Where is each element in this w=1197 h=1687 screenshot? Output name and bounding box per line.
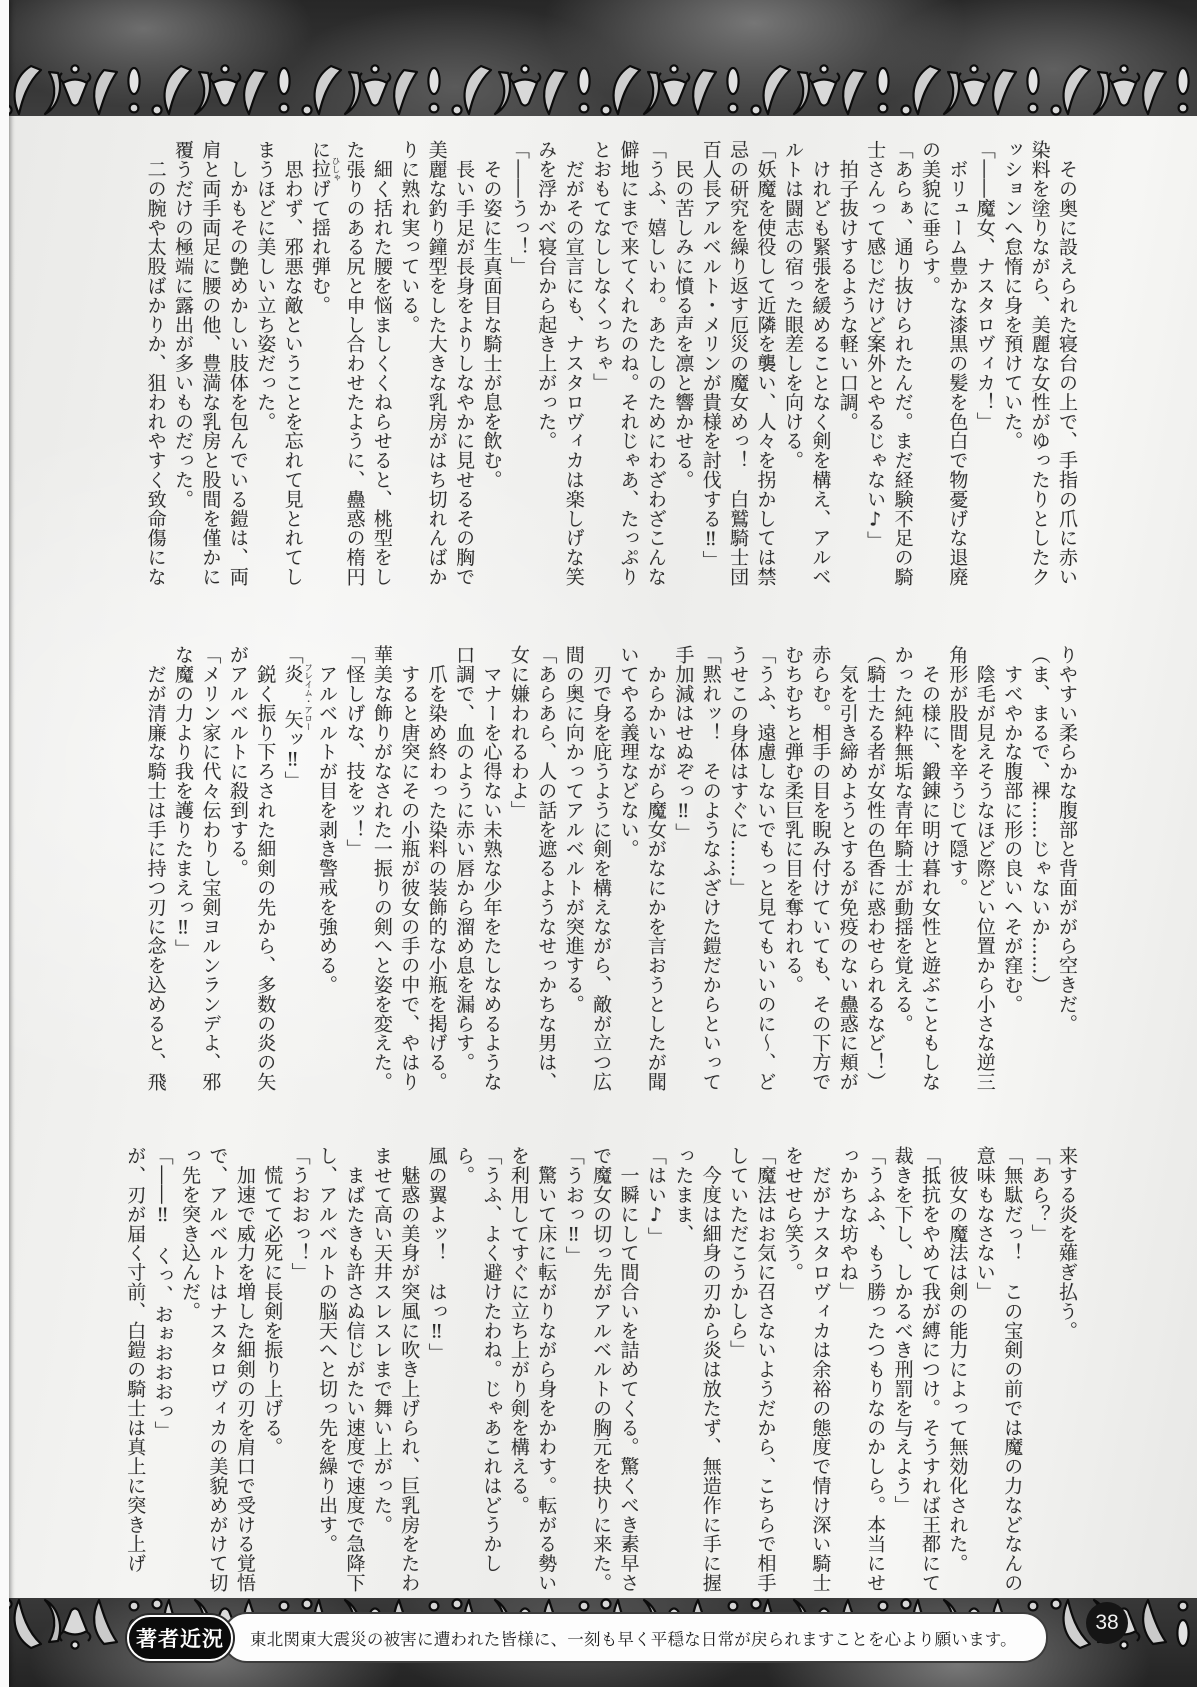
- text-column: 忌の研究を繰り返す厄災の魔女めっ！ 白鷲騎士団: [724, 140, 751, 592]
- text-column: 「――うっ！」: [504, 140, 531, 592]
- text-column: まばたきも許さぬ信じがたい速度で速度で急降下: [340, 1146, 367, 1598]
- text-column: 意味もなさない」: [970, 1146, 997, 1598]
- text-column: で、アルベルトはナスタロヴィカの美貌めがけて切: [203, 1146, 230, 1598]
- fleur-crescent-ornament-icon: [899, 61, 1047, 116]
- text-column: 「黙れッ！ そのようなふざけた鎧だからといって: [696, 645, 723, 1097]
- text-column: 加速で威力を増した細剣の刃を肩口で受ける覚悟: [230, 1146, 257, 1598]
- text-column: その様に、鍛錬に明け暮れ女性と遊ぶこともしな: [916, 645, 943, 1097]
- author-status-message: 東北関東大震災の被害に遭われた皆様に、一刻も早く平穏な日常が戻られますことを心よ…: [224, 1626, 1017, 1650]
- text-column: 「メリン家に代々伝わりし宝剣ヨルンランデよ、邪: [196, 645, 223, 1097]
- text-column: た張りのある尻と申し合わせたように、蠱惑の楕円: [340, 140, 367, 592]
- fleur-crescent-ornament-icon: [300, 61, 448, 116]
- text-column: 「うおっ‼」: [559, 1146, 586, 1598]
- text-column: （ま、まるで、裸……じゃないか……）: [1025, 645, 1052, 1097]
- text-column: がアルベルトに殺到する。: [223, 645, 250, 1097]
- fleur-crescent-ornament-icon: [599, 61, 747, 116]
- text-column: 気を引き締めようとするが免疫のない蠱惑に頬が: [833, 645, 860, 1097]
- text-column: ボリューム豊かな漆黒の髪を色白で物憂げな退廃: [943, 140, 970, 592]
- text-column: に拉ひしゃげて揺れ弾む。: [306, 140, 340, 592]
- text-column: の美貌に垂らす。: [916, 140, 943, 592]
- top-ornament-row: [0, 61, 1197, 116]
- text-column: 覆うだけの極端に露出が多いものだった。: [169, 140, 196, 592]
- text-block-bottom: 来する炎を薙ぎ払う。「あら？」「無駄だっ！ この宝剣の前では魔の力などなんの意味…: [121, 1146, 1080, 1598]
- text-column: うせこの身体はすぐに……」: [724, 645, 751, 1097]
- text-column: 「うふふ、もう勝ったつもりなのかしら。本当にせ: [861, 1146, 888, 1598]
- text-column: 「はい♪」: [642, 1146, 669, 1598]
- text-column: けれども緊張を緩めることなく剣を構え、アルベ: [806, 140, 833, 592]
- text-column: ッションへ怠惰に身を預けていた。: [998, 140, 1025, 592]
- text-column: 「魔法はお気に召さないようだから、こちらで相手: [751, 1146, 778, 1598]
- top-ornament-band: [0, 0, 1197, 116]
- text-column: をせせら笑う。: [779, 1146, 806, 1598]
- text-column: りに熟れ実っている。: [395, 140, 422, 592]
- author-status-label: 著者近況: [127, 1615, 233, 1661]
- text-column: 美麗な釣り鐘型をした大きな乳房がはち切れんばか: [422, 140, 449, 592]
- text-column: みを浮かべ寝台から起き上がった。: [532, 140, 559, 592]
- text-column: で魔女の切っ先がアルベルトの胸元を抉りに来た。: [587, 1146, 614, 1598]
- text-column: 「怪しげな、技をッ！」: [340, 645, 367, 1097]
- text-column: とおもてなししなくっちゃ」: [587, 140, 614, 592]
- text-column: 士さんって感じだけど案外とやるじゃない♪」: [861, 140, 888, 592]
- fleur-crescent-ornament-icon: [1049, 61, 1197, 116]
- text-column: していただこうかしら」: [724, 1146, 751, 1598]
- text-column: 二の腕や太股ばかりか、狙われやすく致命傷にな: [141, 140, 168, 592]
- text-column: 僻地にまで来てくれたのね。それじゃあ、たっぷり: [614, 140, 641, 592]
- text-column: 「あらあら、人の話を遮るようなせっかちな男は、: [532, 645, 559, 1097]
- text-column: 一瞬にして間合いを詰めてくる。驚くべき素早さ: [614, 1146, 641, 1598]
- text-column: 「無駄だっ！ この宝剣の前では魔の力などなんの: [998, 1146, 1025, 1598]
- text-column: 長い手足が長身をよりしなやかに見せるその胸で: [450, 140, 477, 592]
- scanned-novel-page: { "page": { "number": "38" }, "footer": …: [0, 0, 1197, 1687]
- text-block-top: その奥に設えられた寝台の上で、手指の爪に赤い染料を塗りながら、美麗な女性がゆった…: [141, 140, 1080, 592]
- fleur-crescent-ornament-icon: [450, 61, 598, 116]
- text-column: 肩と両手両足に腰の他、豊満な乳房と股間を僅かに: [196, 140, 223, 592]
- text-column: 魅惑の美身が突風に吹き上げられ、巨乳房をたわ: [395, 1146, 422, 1598]
- text-column: 「炎 矢フレイム・アローッ‼」: [278, 645, 312, 1097]
- text-column: 百人長アルベルト・メリンが貴様を討伐する‼」: [696, 140, 723, 592]
- text-column: アルベルトが目を剥き警戒を強める。: [313, 645, 340, 1097]
- text-column: 「あら？」: [1025, 1146, 1052, 1598]
- author-status-bar: 東北関東大震災の被害に遭われた皆様に、一刻も早く平穏な日常が戻られますことを心よ…: [222, 1612, 1048, 1663]
- text-column: 間の奥に向かってアルベルトが突進する。: [559, 645, 586, 1097]
- text-column: ませて高い天井スレスレまで舞い上がった。: [367, 1146, 394, 1598]
- text-column: を利用してすぐに立ち上がり剣を構える。: [504, 1146, 531, 1598]
- text-column: 爪を染め終わった染料の装飾的な小瓶を掲げる。: [422, 645, 449, 1097]
- text-column: りやすい柔らかな腹部と背面ががら空きだ。: [1053, 645, 1080, 1097]
- text-column: 慌てて必死に長剣を振り上げる。: [258, 1146, 285, 1598]
- text-column: 赤らむ。相手の目を睨み付けていても、その下方で: [806, 645, 833, 1097]
- text-column: 鋭く振り下ろされた細剣の先から、多数の炎の矢: [251, 645, 278, 1097]
- text-column: 「うふ、遠慮しないでもっと見てもいいのに〜、ど: [751, 645, 778, 1097]
- text-column: むちむちと弾む柔巨乳に目を奪われる。: [779, 645, 806, 1097]
- text-column: しかもその艶めかしい肢体を包んでいる鎧は、両: [223, 140, 250, 592]
- text-column: 細く括れた腰を悩ましくくねらせると、桃型をし: [367, 140, 394, 592]
- text-column: いてやる義理などない。: [614, 645, 641, 1097]
- text-column: だがナスタロヴィカは余裕の態度で情け深い騎士: [806, 1146, 833, 1598]
- text-column: その奥に設えられた寝台の上で、手指の爪に赤い: [1053, 140, 1080, 592]
- text-column: すると唐突にその小瓶が彼女の手の中で、やはり: [395, 645, 422, 1097]
- text-column: だがその宣言にも、ナスタロヴィカは楽しげな笑: [559, 140, 586, 592]
- text-column: ルトは闘志の宿った眼差しを向ける。: [779, 140, 806, 592]
- text-column: が、刃が届く寸前、白鎧の騎士は真上に突き上げ: [121, 1146, 148, 1598]
- text-column: 拍子抜けするような軽い口調。: [833, 140, 860, 592]
- fleur-crescent-ornament-icon: [0, 61, 148, 116]
- text-column: 手加減はせぬぞっ‼」: [669, 645, 696, 1097]
- fleur-crescent-ornament-icon: [749, 61, 897, 116]
- page-number: 38: [1095, 1611, 1118, 1635]
- text-column: ったまま、: [669, 1146, 696, 1598]
- text-column: 女に嫌われるわよ」: [504, 645, 531, 1097]
- text-column: 「抵抗をやめて我が縛につけ。そうすれば王都にて: [916, 1146, 943, 1598]
- fleur-crescent-ornament-icon: [0, 1598, 148, 1653]
- text-column: （騎士たる者が女性の色香に惑わせられるなど！）: [861, 645, 888, 1097]
- text-column: っ先を突き込んだ。: [176, 1146, 203, 1598]
- text-column: 陰毛が見えそうなほど際どい位置から小さな逆三: [970, 645, 997, 1097]
- text-column: っかちな坊やね」: [833, 1146, 860, 1598]
- text-column: 裁きを下し、しかるべき刑罰を与えよう」: [888, 1146, 915, 1598]
- text-column: 口調で、血のように赤い唇から溜め息を漏らす。: [450, 645, 477, 1097]
- text-column: 来する炎を薙ぎ払う。: [1053, 1146, 1080, 1598]
- page-number-badge: 38: [1086, 1602, 1128, 1644]
- fleur-crescent-ornament-icon: [150, 61, 298, 116]
- text-column: 刃で身を庇うように剣を構えながら、敵が立つ広: [587, 645, 614, 1097]
- text-column: かった純粋無垢な青年騎士が動揺を覚える。: [888, 645, 915, 1097]
- text-column: 思わず、邪悪な敵ということを忘れて見とれてし: [278, 140, 305, 592]
- text-column: その姿に生真面目な騎士が息を飲む。: [477, 140, 504, 592]
- text-column: 彼女の魔法は剣の能力によって無効化された。: [943, 1146, 970, 1598]
- text-column: 風の翼よッ！ はっ‼」: [422, 1146, 449, 1598]
- text-column: だが清廉な騎士は手に持つ刃に念を込めると、飛: [141, 645, 168, 1097]
- text-column: な魔の力より我を護りたまえっ‼」: [169, 645, 196, 1097]
- text-column: 「妖魔を使役して近隣を襲い、人々を拐かしては禁: [751, 140, 778, 592]
- text-column: からかいながら魔女がなにかを言おうとしたが聞: [642, 645, 669, 1097]
- text-column: まうほどに美しい立ち姿だった。: [251, 140, 278, 592]
- text-block-middle: りやすい柔らかな腹部と背面ががら空きだ。（ま、まるで、裸……じゃないか……） す…: [141, 645, 1080, 1097]
- text-column: 「あらぁ、通り抜けられたんだ。まだ経験不足の騎: [888, 140, 915, 592]
- text-column: 驚いて床に転がりながら身をかわす。転がる勢い: [532, 1146, 559, 1598]
- text-column: 華美な飾りがなされた一振りの剣へと姿を変えた。: [367, 645, 394, 1097]
- text-column: 「うおおっ！」: [285, 1146, 312, 1598]
- text-column: 染料を塗りながら、美麗な女性がゆったりとしたク: [1025, 140, 1052, 592]
- text-column: 「――‼ くっ、おぉおおおっ」: [148, 1146, 175, 1598]
- text-column: すべやかな腹部に形の良いへそが窪む。: [998, 645, 1025, 1097]
- page-left-edge: [0, 0, 9, 1687]
- text-column: 「うふ、嬉しいわ。あたしのためにわざわざこんな: [642, 140, 669, 592]
- text-column: し、アルベルトの脳天へと切っ先を繰り出す。: [313, 1146, 340, 1598]
- text-column: マナーを心得ない未熟な少年をたしなめるような: [477, 645, 504, 1097]
- text-column: 「――魔女、ナスタロヴィカ！」: [970, 140, 997, 592]
- author-status-label-text: 著者近況: [136, 1623, 224, 1653]
- text-column: 民の苦しみに憤る声を凛と響かせる。: [669, 140, 696, 592]
- text-column: 今度は細身の刃から炎は放たず、無造作に手に握: [696, 1146, 723, 1598]
- text-column: 「うふ、よく避けたわね。じゃあこれはどうかしら。: [450, 1146, 505, 1598]
- text-column: 角形が股間を辛うじて隠す。: [943, 645, 970, 1097]
